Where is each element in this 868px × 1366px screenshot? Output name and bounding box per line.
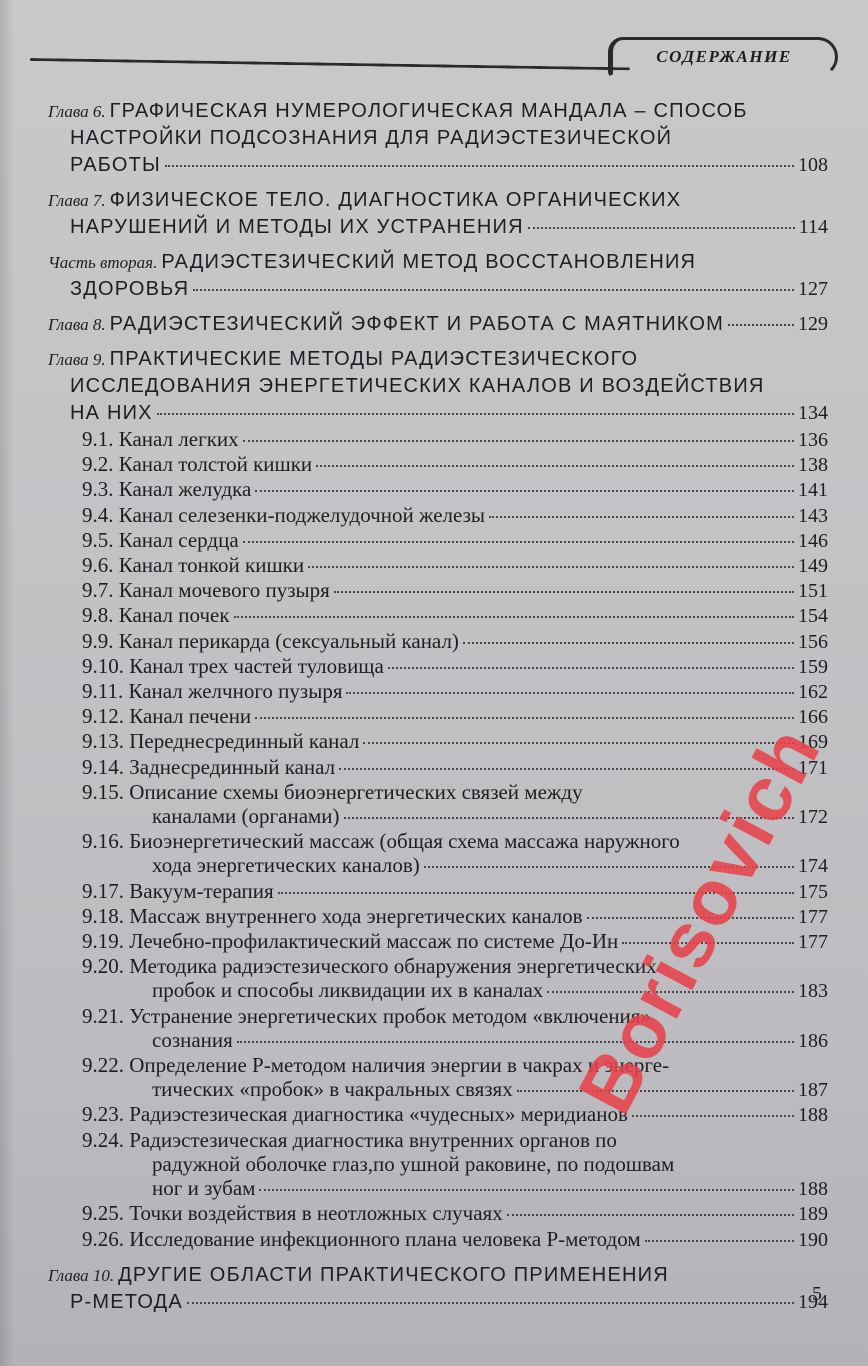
dot-leader xyxy=(463,642,794,644)
dot-leader xyxy=(346,692,794,694)
section-number: 9.5. xyxy=(82,528,119,552)
dot-leader xyxy=(339,768,794,770)
dot-leader xyxy=(187,1302,794,1304)
toc-entry-section-9-7[interactable]: 9.7. Канал мочевого пузыря151 xyxy=(48,578,828,603)
section-number: 9.23. xyxy=(82,1102,129,1126)
toc-entry-section-9-3[interactable]: 9.3. Канал желудка141 xyxy=(48,477,828,502)
toc-line: 9.3. Канал желудка141 xyxy=(82,477,828,502)
toc-line: 9.21. Устранение энергетических пробок м… xyxy=(82,1004,828,1028)
chapter-title: НАСТРОЙКИ ПОДСОЗНАНИЯ ДЛЯ РАДИЭСТЕЗИЧЕСК… xyxy=(70,125,672,152)
section-title: каналами (органами) xyxy=(152,804,340,828)
section-title: Канал сердца xyxy=(119,528,239,552)
page-ref: 141 xyxy=(798,478,828,502)
toc-line: Глава 6.ГРАФИЧЕСКАЯ НУМЕРОЛОГИЧЕСКАЯ МАН… xyxy=(48,98,828,125)
section-title: пробок и способы ликвидации их в каналах xyxy=(152,978,543,1002)
toc-line: РАБОТЫ108 xyxy=(48,152,828,179)
dot-leader xyxy=(388,667,794,669)
toc-entry-chapter-7[interactable]: Глава 7.ФИЗИЧЕСКОЕ ТЕЛО. ДИАГНОСТИКА ОРГ… xyxy=(48,187,828,241)
section-number: 9.10. xyxy=(82,654,129,678)
toc-entry-section-9-5[interactable]: 9.5. Канал сердца146 xyxy=(48,528,828,553)
section-number: 9.4. xyxy=(82,503,119,527)
dot-leader xyxy=(507,1214,794,1216)
chapter-label: Глава 8. xyxy=(48,311,106,338)
section-title: Биоэнергетический массаж (общая схема ма… xyxy=(129,829,680,853)
dot-leader xyxy=(489,516,794,518)
dot-leader xyxy=(728,324,794,326)
toc-line: 9.12. Канал печени166 xyxy=(82,704,828,729)
toc-entry-section-9-25[interactable]: 9.25. Точки воздействия в неотложных слу… xyxy=(48,1201,828,1226)
page-ref: 162 xyxy=(798,680,828,704)
chapter-title: РАДИЭСТЕЗИЧЕСКИЙ МЕТОД ВОССТАНОВЛЕНИЯ xyxy=(161,249,696,276)
section-title: Радиэстезическая диагностика «чудесных» … xyxy=(129,1102,628,1126)
section-title: Устранение энергетических пробок методом… xyxy=(129,1004,651,1028)
section-number: 9.16. xyxy=(82,829,129,853)
toc-line: Глава 10.ДРУГИЕ ОБЛАСТИ ПРАКТИЧЕСКОГО ПР… xyxy=(48,1262,828,1289)
page-ref: 174 xyxy=(798,854,828,878)
page-ref: 114 xyxy=(799,214,828,241)
toc-entry-section-9-26[interactable]: 9.26. Исследование инфекционного плана ч… xyxy=(48,1227,828,1252)
section-title: Вакуум-терапия xyxy=(129,879,273,903)
header-rule xyxy=(30,58,630,70)
section-number: 9.26. xyxy=(82,1227,129,1251)
section-title: Массаж внутреннего хода энергетических к… xyxy=(129,904,582,928)
toc-entry-section-9-14[interactable]: 9.14. Заднесрединный канал171 xyxy=(48,755,828,780)
chapter-title: ФИЗИЧЕСКОЕ ТЕЛО. ДИАГНОСТИКА ОРГАНИЧЕСКИ… xyxy=(110,187,682,214)
section-title: Канал трех частей туловища xyxy=(129,654,384,678)
page-ref: 188 xyxy=(798,1103,828,1127)
toc-line: Часть вторая.РАДИЭСТЕЗИЧЕСКИЙ МЕТОД ВОСС… xyxy=(48,249,828,276)
section-number: 9.22. xyxy=(82,1053,129,1077)
chapter-title: ЗДОРОВЬЯ xyxy=(70,276,189,303)
toc-line: 9.25. Точки воздействия в неотложных слу… xyxy=(82,1201,828,1226)
page-number: 5 xyxy=(812,1283,822,1306)
page-ref: 159 xyxy=(798,655,828,679)
toc-line: НА НИХ134 xyxy=(48,400,828,427)
section-title: Переднесрединный канал xyxy=(129,729,359,753)
toc-line: радужной оболочке глаз,по ушной раковине… xyxy=(82,1152,828,1176)
section-header-tab: СОДЕРЖАНИЕ xyxy=(608,37,838,77)
toc-line: 9.1. Канал легких136 xyxy=(82,427,828,452)
toc-line: 9.11. Канал желчного пузыря162 xyxy=(82,679,828,704)
section-number: 9.20. xyxy=(82,954,129,978)
toc-line: Глава 8.РАДИЭСТЕЗИЧЕСКИЙ ЭФФЕКТ И РАБОТА… xyxy=(48,311,828,338)
chapter-label: Часть вторая. xyxy=(48,249,157,276)
dot-leader xyxy=(255,490,794,492)
toc-line: ЗДОРОВЬЯ127 xyxy=(48,276,828,303)
toc-line: 9.4. Канал селезенки-поджелудочной желез… xyxy=(82,503,828,528)
toc-line: 9.9. Канал перикарда (сексуальный канал)… xyxy=(82,629,828,654)
spacer xyxy=(48,1252,828,1262)
toc-entry-chapter-8[interactable]: Глава 8.РАДИЭСТЕЗИЧЕСКИЙ ЭФФЕКТ И РАБОТА… xyxy=(48,311,828,338)
dot-leader xyxy=(316,465,794,467)
page-gutter-shadow xyxy=(0,0,14,1366)
section-title: Канал печени xyxy=(129,704,251,728)
page-ref: 188 xyxy=(798,1177,828,1201)
toc-line: ИССЛЕДОВАНИЯ ЭНЕРГЕТИЧЕСКИХ КАНАЛОВ И ВО… xyxy=(48,373,828,400)
toc-line: Р-МЕТОДА194 xyxy=(48,1289,828,1316)
toc-line: Глава 7.ФИЗИЧЕСКОЕ ТЕЛО. ДИАГНОСТИКА ОРГ… xyxy=(48,187,828,214)
toc-line: 9.13. Переднесрединный канал169 xyxy=(82,729,828,754)
page-ref: 175 xyxy=(798,880,828,904)
section-title: Канал легких xyxy=(119,427,239,451)
section-title: Описание схемы биоэнергетических связей … xyxy=(129,780,582,804)
dot-leader xyxy=(237,1041,794,1043)
dot-leader xyxy=(234,616,794,618)
section-number: 9.25. xyxy=(82,1201,129,1225)
page-ref: 138 xyxy=(798,453,828,477)
section-number: 9.24. xyxy=(82,1128,129,1152)
toc-line: 9.2. Канал толстой кишки138 xyxy=(82,452,828,477)
chapter-title: ДРУГИЕ ОБЛАСТИ ПРАКТИЧЕСКОГО ПРИМЕНЕНИЯ xyxy=(118,1262,669,1289)
chapter-label: Глава 9. xyxy=(48,346,106,373)
chapter-title: ПРАКТИЧЕСКИЕ МЕТОДЫ РАДИЭСТЕЗИЧЕСКОГО xyxy=(110,346,639,373)
dot-leader xyxy=(243,541,794,543)
page-ref: 134 xyxy=(798,400,828,427)
section-title: Канал почек xyxy=(119,603,230,627)
section-number: 9.1. xyxy=(82,427,119,451)
toc-line: тических «пробок» в чакральных связях187 xyxy=(82,1077,828,1102)
dot-leader xyxy=(243,440,794,442)
toc-line: НАСТРОЙКИ ПОДСОЗНАНИЯ ДЛЯ РАДИЭСТЕЗИЧЕСК… xyxy=(48,125,828,152)
page-ref: 190 xyxy=(798,1228,828,1252)
section-title: радужной оболочке глаз,по ушной раковине… xyxy=(152,1152,674,1176)
chapter-title: ГРАФИЧЕСКАЯ НУМЕРОЛОГИЧЕСКАЯ МАНДАЛА – С… xyxy=(110,98,748,125)
section-title: Методика радиэстезического обнаружения э… xyxy=(129,954,656,978)
toc-entry-section-9-2[interactable]: 9.2. Канал толстой кишки138 xyxy=(48,452,828,477)
section-number: 9.19. xyxy=(82,929,129,953)
page-ref: 189 xyxy=(798,1202,828,1226)
toc-entry-section-9-9[interactable]: 9.9. Канал перикарда (сексуальный канал)… xyxy=(48,629,828,654)
toc-line: 9.22. Определение Р-методом наличия энер… xyxy=(82,1053,828,1077)
page-ref: 154 xyxy=(798,604,828,628)
section-title: Радиэстезическая диагностика внутренних … xyxy=(129,1128,617,1152)
toc-entry-section-9-12[interactable]: 9.12. Канал печени166 xyxy=(48,704,828,729)
chapter-label: Глава 6. xyxy=(48,98,106,125)
section-number: 9.14. xyxy=(82,755,129,779)
chapter-label: Глава 7. xyxy=(48,187,106,214)
toc-entry-chapter-9[interactable]: Глава 9.ПРАКТИЧЕСКИЕ МЕТОДЫ РАДИЭСТЕЗИЧЕ… xyxy=(48,346,828,427)
dot-leader xyxy=(528,227,795,229)
section-number: 9.3. xyxy=(82,477,119,501)
page-ref: 186 xyxy=(798,1029,828,1053)
section-number: 9.15. xyxy=(82,780,129,804)
section-title: ног и зубам xyxy=(152,1176,255,1200)
toc-entry-section-9-10[interactable]: 9.10. Канал трех частей туловища159 xyxy=(48,654,828,679)
toc-entry-section-9-13[interactable]: 9.13. Переднесрединный канал169 xyxy=(48,729,828,754)
toc-entry-part-2[interactable]: Часть вторая.РАДИЭСТЕЗИЧЕСКИЙ МЕТОД ВОСС… xyxy=(48,249,828,303)
toc-line: 9.5. Канал сердца146 xyxy=(82,528,828,553)
dot-leader xyxy=(165,165,794,167)
section-number: 9.18. xyxy=(82,904,129,928)
toc-line: сознания186 xyxy=(82,1028,828,1053)
section-title: СОДЕРЖАНИЕ xyxy=(656,47,791,67)
section-number: 9.7. xyxy=(82,578,119,602)
section-title: Канал толстой кишки xyxy=(119,452,312,476)
section-number: 9.8. xyxy=(82,603,119,627)
section-number: 9.13. xyxy=(82,729,129,753)
chapter-label: Глава 10. xyxy=(48,1262,114,1289)
dot-leader xyxy=(255,717,794,719)
section-title: Канал тонкой кишки xyxy=(119,553,304,577)
page-ref: 177 xyxy=(798,905,828,929)
page-ref: 187 xyxy=(798,1078,828,1102)
dot-leader xyxy=(259,1189,794,1191)
toc-line: 9.14. Заднесрединный канал171 xyxy=(82,755,828,780)
dot-leader xyxy=(645,1240,794,1242)
section-number: 9.17. xyxy=(82,879,129,903)
dot-leader xyxy=(308,566,794,568)
section-number: 9.21. xyxy=(82,1004,129,1028)
dot-leader xyxy=(334,591,794,593)
toc-entry-section-9-6[interactable]: 9.6. Канал тонкой кишки149 xyxy=(48,553,828,578)
page-ref: 183 xyxy=(798,979,828,1003)
page-ref: 156 xyxy=(798,630,828,654)
page-ref: 149 xyxy=(798,554,828,578)
section-title: Канал селезенки-поджелудочной железы xyxy=(119,503,485,527)
page-ref: 129 xyxy=(798,311,828,338)
toc-line: 9.8. Канал почек154 xyxy=(82,603,828,628)
section-title: тических «пробок» в чакральных связях xyxy=(152,1077,513,1101)
chapter-title: РАБОТЫ xyxy=(70,152,161,179)
toc-entry-section-9-23[interactable]: 9.23. Радиэстезическая диагностика «чуде… xyxy=(48,1102,828,1127)
chapter-title: НАРУШЕНИЙ И МЕТОДЫ ИХ УСТРАНЕНИЯ xyxy=(70,214,524,241)
toc-line: 9.24. Радиэстезическая диагностика внутр… xyxy=(82,1128,828,1152)
toc-entry-section-9-21[interactable]: 9.21. Устранение энергетических пробок м… xyxy=(48,1004,828,1053)
page-ref: 127 xyxy=(798,276,828,303)
section-number: 9.2. xyxy=(82,452,119,476)
toc-line: 9.6. Канал тонкой кишки149 xyxy=(82,553,828,578)
chapter-title: ИССЛЕДОВАНИЯ ЭНЕРГЕТИЧЕСКИХ КАНАЛОВ И ВО… xyxy=(70,373,765,400)
section-title: Канал желудка xyxy=(119,477,252,501)
section-number: 9.12. xyxy=(82,704,129,728)
toc-entry-chapter-10[interactable]: Глава 10.ДРУГИЕ ОБЛАСТИ ПРАКТИЧЕСКОГО ПР… xyxy=(48,1262,828,1316)
section-number: 9.9. xyxy=(82,629,119,653)
toc-entry-section-9-8[interactable]: 9.8. Канал почек154 xyxy=(48,603,828,628)
toc-line: 9.23. Радиэстезическая диагностика «чуде… xyxy=(82,1102,828,1127)
toc-line: 9.7. Канал мочевого пузыря151 xyxy=(82,578,828,603)
toc-entry-chapter-6[interactable]: Глава 6.ГРАФИЧЕСКАЯ НУМЕРОЛОГИЧЕСКАЯ МАН… xyxy=(48,98,828,179)
toc-line: НАРУШЕНИЙ И МЕТОДЫ ИХ УСТРАНЕНИЯ114 xyxy=(48,214,828,241)
toc-entry-section-9-11[interactable]: 9.11. Канал желчного пузыря162 xyxy=(48,679,828,704)
chapter-title: РАДИЭСТЕЗИЧЕСКИЙ ЭФФЕКТ И РАБОТА С МАЯТН… xyxy=(110,311,724,338)
section-title: Канал мочевого пузыря xyxy=(119,578,330,602)
dot-leader xyxy=(363,742,794,744)
page-ref: 108 xyxy=(798,152,828,179)
section-title: Исследование инфекционного плана человек… xyxy=(129,1227,640,1251)
section-number: 9.11. xyxy=(82,679,128,703)
dot-leader xyxy=(632,1115,794,1117)
toc-entry-section-9-4[interactable]: 9.4. Канал селезенки-поджелудочной желез… xyxy=(48,503,828,528)
page-ref: 136 xyxy=(798,428,828,452)
section-title: Точки воздействия в неотложных случаях xyxy=(129,1201,502,1225)
section-number: 9.6. xyxy=(82,553,119,577)
toc-line: 9.10. Канал трех частей туловища159 xyxy=(82,654,828,679)
toc-entry-section-9-24[interactable]: 9.24. Радиэстезическая диагностика внутр… xyxy=(48,1128,828,1202)
dot-leader xyxy=(193,289,794,291)
section-title: Канал желчного пузыря xyxy=(128,679,342,703)
chapter-title: Р-МЕТОДА xyxy=(70,1289,183,1316)
table-of-contents: Глава 6.ГРАФИЧЕСКАЯ НУМЕРОЛОГИЧЕСКАЯ МАН… xyxy=(48,98,828,1324)
page-ref: 166 xyxy=(798,705,828,729)
page-ref: 143 xyxy=(798,504,828,528)
section-title: хода энергетических каналов) xyxy=(152,853,420,877)
toc-entry-section-9-22[interactable]: 9.22. Определение Р-методом наличия энер… xyxy=(48,1053,828,1102)
dot-leader xyxy=(157,413,794,415)
section-title: Заднесрединный канал xyxy=(129,755,335,779)
toc-line: 9.26. Исследование инфекционного плана ч… xyxy=(82,1227,828,1252)
section-title: Лечебно-профилактический массаж по систе… xyxy=(129,929,618,953)
page-ref: 177 xyxy=(798,930,828,954)
toc-entry-section-9-1[interactable]: 9.1. Канал легких136 xyxy=(48,427,828,452)
section-title: сознания xyxy=(152,1028,233,1052)
toc-line: ног и зубам188 xyxy=(82,1176,828,1201)
page-ref: 151 xyxy=(798,579,828,603)
toc-line: Глава 9.ПРАКТИЧЕСКИЕ МЕТОДЫ РАДИЭСТЕЗИЧЕ… xyxy=(48,346,828,373)
chapter-title: НА НИХ xyxy=(70,400,153,427)
page-ref: 146 xyxy=(798,529,828,553)
section-title: Канал перикарда (сексуальный канал) xyxy=(119,629,459,653)
